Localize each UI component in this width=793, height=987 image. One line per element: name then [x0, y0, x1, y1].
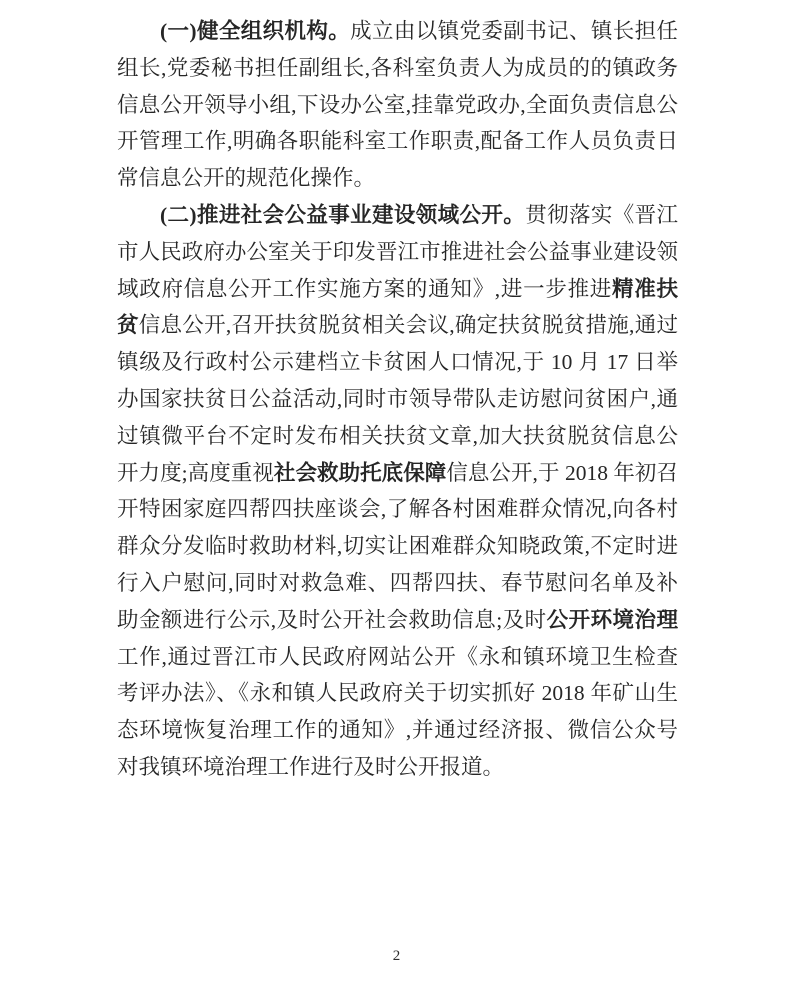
bold-text-run: 社会救助托底保障 [274, 461, 446, 485]
text-run: 信息公开,召开扶贫脱贫相关会议,确定扶贫脱贫措施,通过镇级及行政村公示建档立卡贫… [117, 313, 678, 484]
text-run: 信息公开,于 2018 年初召开特困家庭四帮四扶座谈会,了解各村困难群众情况,向… [117, 461, 678, 632]
paragraph-1: (一)健全组织机构。成立由以镇党委副书记、镇长担任组长,党委秘书担任副组长,各科… [117, 13, 678, 197]
page-number: 2 [393, 948, 401, 964]
bold-text-run: 公开环境治理 [547, 608, 678, 632]
paragraph-2: (二)推进社会公益事业建设领域公开。贯彻落实《晋江市人民政府办公室关于印发晋江市… [117, 197, 678, 786]
bold-text-run: (一)健全组织机构。 [160, 19, 350, 43]
text-run: 成立由以镇党委副书记、镇长担任组长,党委秘书担任副组长,各科室负责人为成员的的镇… [117, 19, 678, 190]
document-body: (一)健全组织机构。成立由以镇党委副书记、镇长担任组长,党委秘书担任副组长,各科… [117, 13, 678, 786]
text-run: 工作,通过晋江市人民政府网站公开《永和镇环境卫生检查考评办法》、《永和镇人民政府… [117, 645, 678, 779]
bold-text-run: (二)推进社会公益事业建设领域公开。 [160, 203, 525, 227]
page-footer: 2 [0, 946, 793, 966]
document-page: (一)健全组织机构。成立由以镇党委副书记、镇长担任组长,党委秘书担任副组长,各科… [0, 0, 793, 987]
